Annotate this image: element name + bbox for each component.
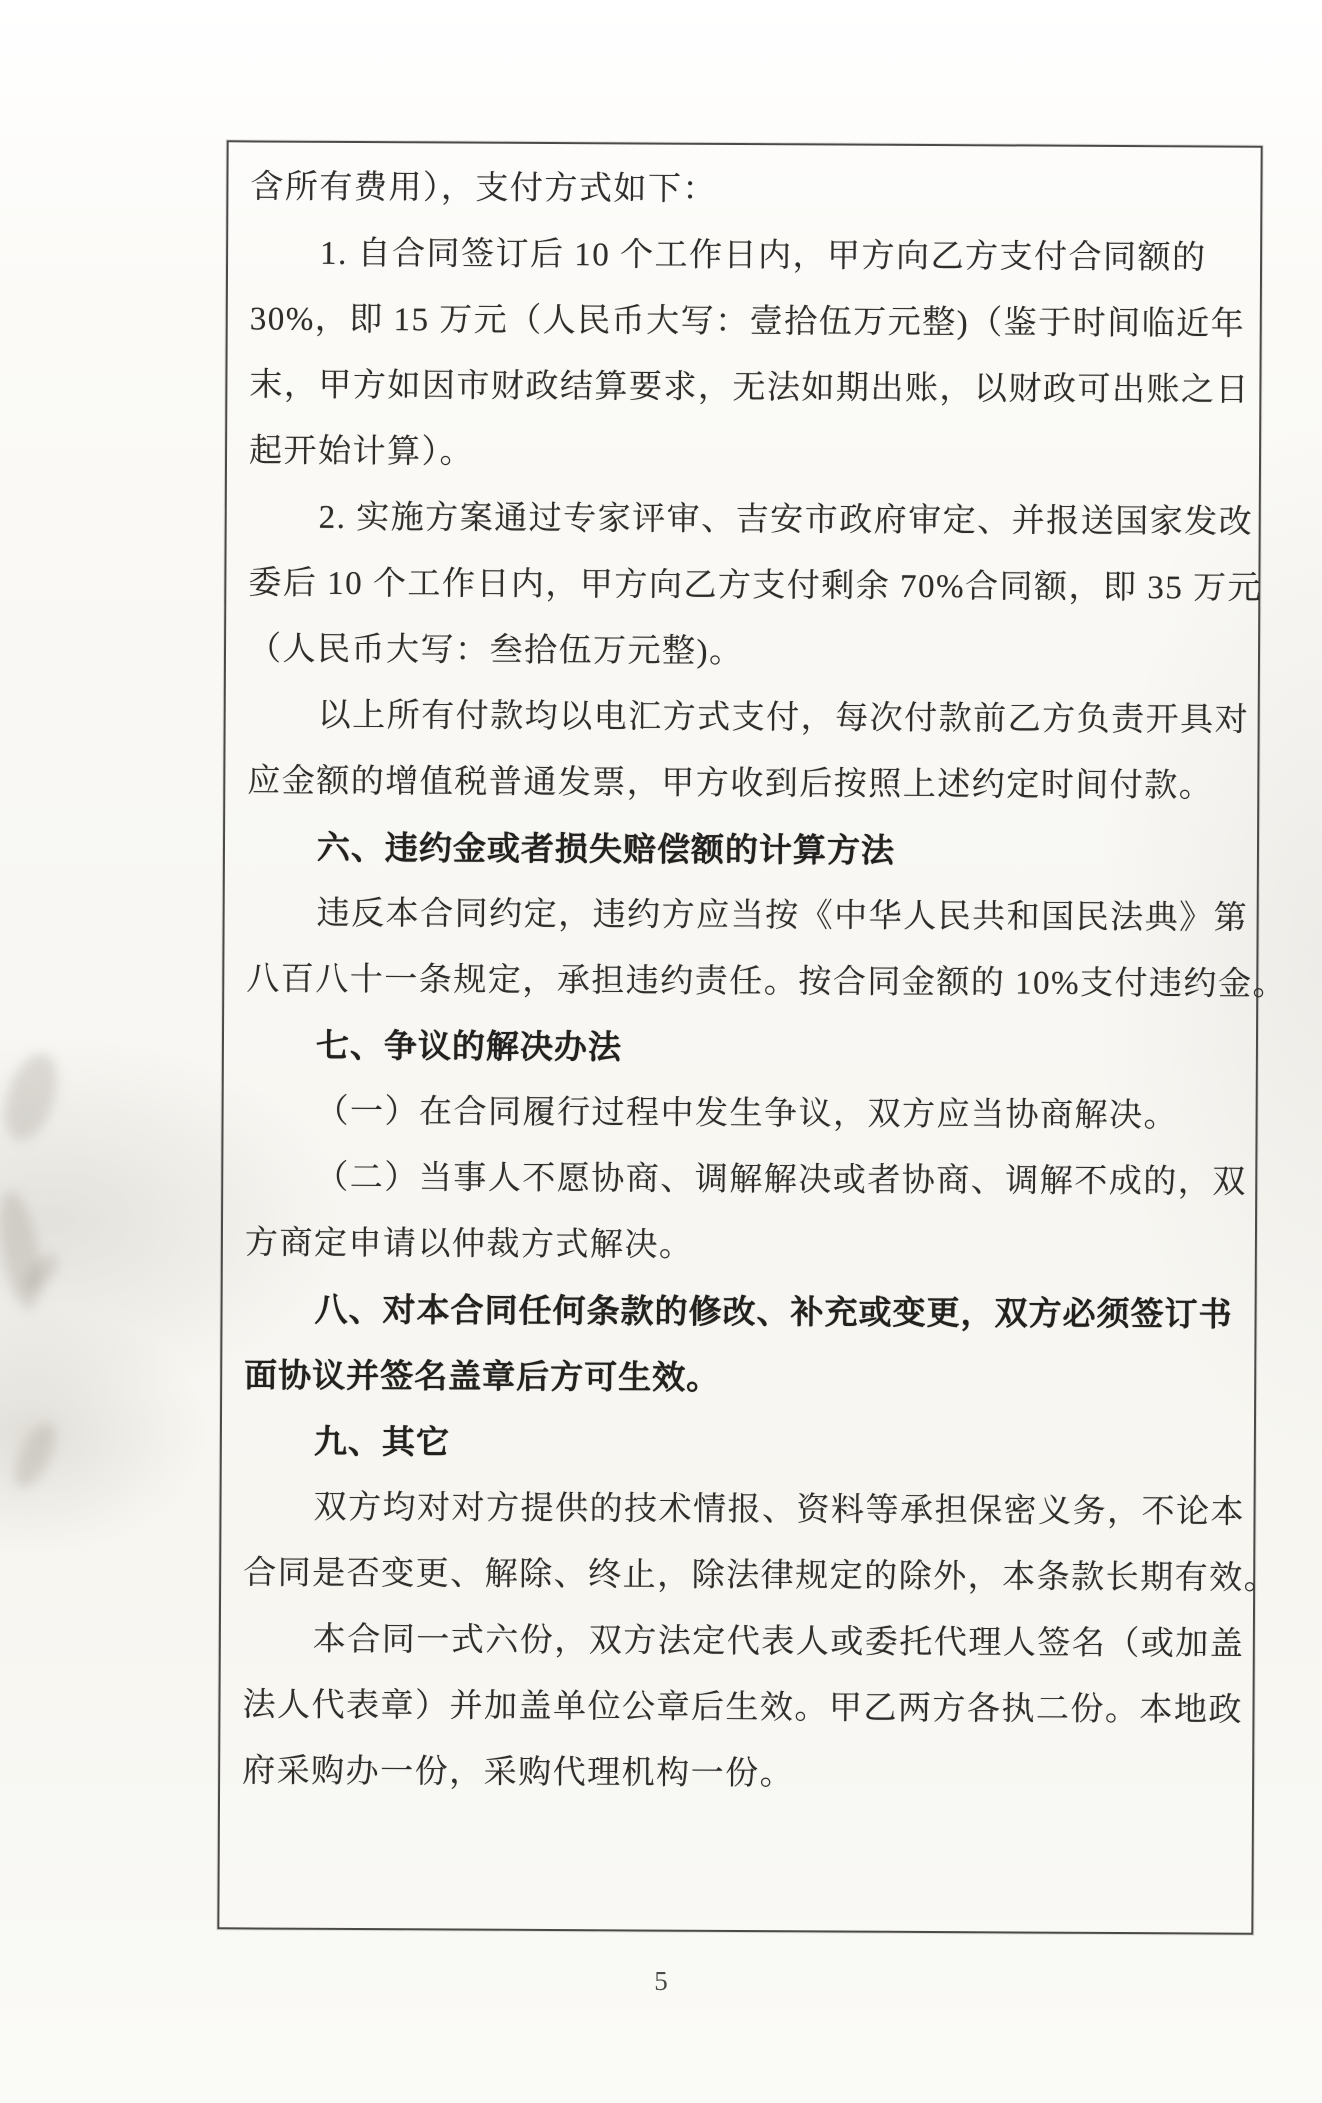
contract-frame-wrap: 含所有费用），支付方式如下：1. 自合同签订后 10 个工作日内，甲方向乙方支付… — [217, 140, 1262, 1934]
contract-line-16: （二）当事人不愿协商、调解解决或者协商、调解不成的，双 — [245, 1144, 1240, 1215]
contract-line-25: 府采购办一份，采购代理机构一份。 — [242, 1738, 1237, 1809]
contract-line-17: 方商定申请以仲裁方式解决。 — [245, 1210, 1240, 1281]
contract-line-20: 九、其它 — [244, 1408, 1239, 1479]
scan-smudge — [7, 1417, 64, 1493]
scanned-contract-page: { "document": { "page_number": "5", "lin… — [0, 0, 1322, 2103]
contract-line-13: 八百八十一条规定，承担违约责任。按合同金额的 10%支付违约金。 — [246, 946, 1241, 1017]
contract-line-3: 30%，即 15 万元（人民币大写：壹拾伍万元整)（鉴于时间临近年 — [250, 286, 1245, 357]
contract-line-21: 双方均对对方提供的技术情报、资料等承担保密义务，不论本 — [243, 1474, 1238, 1545]
contract-line-9: 以上所有付款均以电汇方式支付，每次付款前乙方负责开具对 — [248, 682, 1243, 753]
scan-smudge — [0, 1188, 48, 1312]
contract-line-24: 法人代表章）并加盖单位公章后生效。甲乙两方各执二份。本地政 — [242, 1672, 1237, 1743]
contract-line-14: 七、争议的解决办法 — [246, 1012, 1241, 1083]
contract-line-11: 六、违约金或者损失赔偿额的计算方法 — [247, 814, 1242, 885]
contract-line-18: 八、对本合同任何条款的修改、补充或变更，双方必须签订书 — [244, 1276, 1239, 1347]
contract-line-10: 应金额的增值税普通发票，甲方收到后按照上述约定时间付款。 — [247, 748, 1242, 819]
scan-smudge — [0, 1047, 67, 1147]
contract-line-12: 违反本合同约定，违约方应当按《中华人民共和国民法典》第 — [246, 880, 1241, 951]
contract-line-5: 起开始计算）。 — [249, 418, 1244, 489]
contract-line-7: 委后 10 个工作日内，甲方向乙方支付剩余 70%合同额，即 35 万元 — [248, 550, 1243, 621]
contract-line-2: 1. 自合同签订后 10 个工作日内，甲方向乙方支付合同额的 — [250, 220, 1245, 291]
page-number: 5 — [0, 1966, 1322, 1997]
contract-text-block: 含所有费用），支付方式如下：1. 自合同签订后 10 个工作日内，甲方向乙方支付… — [242, 154, 1246, 1809]
contract-line-6: 2. 实施方案通过专家评审、吉安市政府审定、并报送国家发改 — [249, 484, 1244, 555]
contract-line-4: 末，甲方如因市财政结算要求，无法如期出账，以财政可出账之日 — [249, 352, 1244, 423]
contract-line-23: 本合同一式六份，双方法定代表人或委托代理人签名（或加盖 — [243, 1606, 1238, 1677]
contract-line-22: 合同是否变更、解除、终止，除法律规定的除外，本条款长期有效。 — [243, 1540, 1238, 1611]
contract-line-15: （一）在合同履行过程中发生争议，双方应当协商解决。 — [245, 1078, 1240, 1149]
contract-line-19: 面协议并签名盖章后方可生效。 — [244, 1342, 1239, 1413]
contract-line-8: （人民币大写：叁拾伍万元整)。 — [248, 616, 1243, 687]
contract-line-1: 含所有费用），支付方式如下： — [250, 154, 1245, 225]
paper-background: 含所有费用），支付方式如下：1. 自合同签订后 10 个工作日内，甲方向乙方支付… — [0, 0, 1322, 2103]
